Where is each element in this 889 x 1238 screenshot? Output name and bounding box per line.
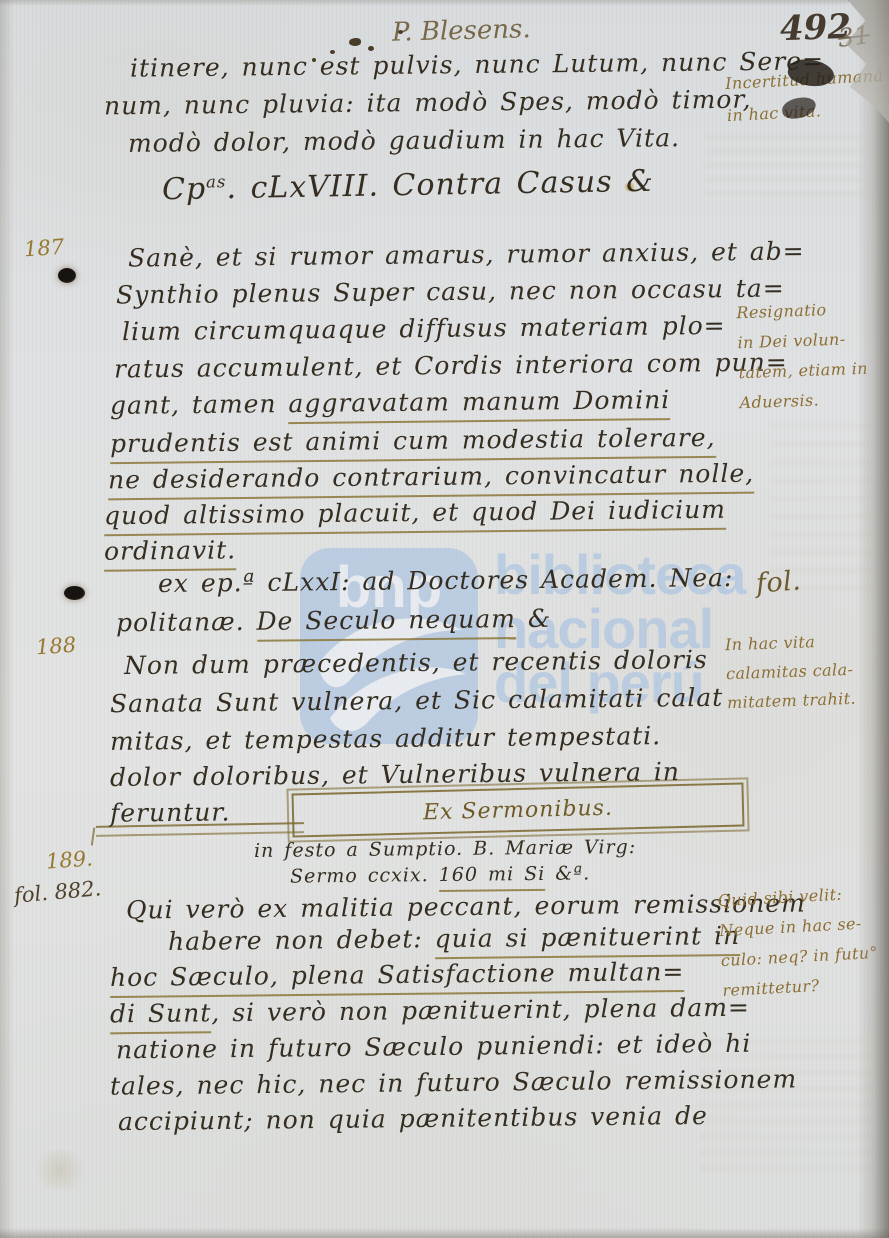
paragraph-number-188: 188 [35,633,77,660]
line-text-underlined: hoc Sæculo, plena Satisfactione multan= [110,957,685,998]
body-line: hoc Sæculo, plena Satisfactione multan= [110,957,685,992]
line-text: Sanè, et si rumor amarus, rumor anxius, … [128,236,805,272]
body-line: Sermo ccxix. 160 mi Si &ª. [290,862,590,887]
line-text: Synthio plenus Super casu, nec non occas… [116,273,785,309]
line-text: feruntur. [110,797,231,827]
line-text: Non dum præcedentis, et recentis doloris [124,645,708,680]
paper-top-edge [0,0,849,6]
line-text: gant, tamen [110,389,289,420]
line-text: mitas, et tempestas additur tempestati. [110,721,661,756]
ex-sermonibus-box: Ex Sermonibus. [292,782,745,837]
bleed-through-smudge [770,420,870,590]
margin-note-line: tatem, etiam in [738,354,868,388]
body-line: di Sunt, si verò non pænituerint, plena … [110,993,750,1029]
paper-stain [30,1150,90,1190]
paper-left-edge [0,0,14,1238]
line-text: Sermo ccxix. [290,864,439,888]
ex-sermonibus-box-hook [91,828,101,847]
line-text-underlined: 160 mi Si [439,863,546,892]
ink-speckle [349,38,361,46]
chapter-heading: Cpas. cLxVIII. Contra Casus & [162,164,654,208]
ink-speckle [312,58,316,62]
body-line: tales, nec hic, nec in futuro Sæculo rem… [110,1064,797,1100]
line-text: Qui verò ex malitia peccant, eorum remis… [126,888,806,924]
body-line: gant, tamen aggravatam manum Domini [110,385,670,420]
body-line: accipiunt; non quia pænitentibus venia d… [118,1101,708,1136]
manuscript-page: bnp biblioteca nacional del perú P. Bles… [0,0,889,1238]
ink-speckle [398,30,403,34]
body-line: dolor doloribus, et Vulneribus vulnera i… [110,757,680,792]
bleed-through-smudge [705,135,865,195]
body-line: politanæ. De Seculo nequam & [116,604,551,638]
line-text: accipiunt; non quia pænitentibus venia d… [118,1101,708,1136]
body-line: in festo a Sumptio. B. Mariæ Virg: [254,836,636,862]
line-text: ratus accumulent, et Cordis interiora co… [114,347,788,383]
line-text-underlined: ne desiderando contrarium, convincatur n… [108,459,754,501]
margin-note-line: Aduersis. [739,384,869,418]
margin-note-fol: fol. [755,566,802,599]
paragraph-number-187: 187 [23,235,65,262]
line-text: itinere, nunc est pulvis, nunc Lutum, nu… [130,46,824,82]
margin-note-line: mitatem trahit. [727,684,857,717]
body-line: ordinavit. [104,535,236,565]
heading-text: . cLxVIII. Contra Casus & [226,164,654,206]
body-line: ratus accumulent, et Cordis interiora co… [114,347,788,383]
binding-hole [58,268,76,283]
body-line: itinere, nunc est pulvis, nunc Lutum, nu… [130,46,824,82]
body-line: mitas, et tempestas additur tempestati. [110,721,661,756]
body-line: ne desiderando contrarium, convincatur n… [108,459,754,495]
body-line: prudentis est animi cum modestia tolerar… [110,423,716,458]
running-title: P. Blesens. [392,14,531,48]
ink-speckle [368,46,374,51]
margin-note-line: in Dei volun- [737,324,867,358]
margin-note-line: In hac vita [725,626,855,659]
heading-superscript: as [206,172,227,191]
line-text-underlined: di Sunt [110,998,212,1034]
line-text: ex ep.ª cLxxI: ad Doctores Academ. Nea: [158,563,734,598]
margin-note-resignatio: Resignatio in Dei volun- tatem, etiam in… [736,294,870,418]
line-text: & [516,604,552,633]
line-text: dolor doloribus, et Vulneribus vulnera i… [110,757,680,792]
body-line: Sanè, et si rumor amarus, rumor anxius, … [128,236,805,272]
body-line: num, nunc pluvia: ita modò Spes, modò ti… [104,85,752,121]
line-text: &ª. [545,862,590,884]
line-text: in festo a Sumptio. B. Mariæ Virg: [254,836,636,862]
binding-hole [64,586,85,600]
margin-note-line: Resignatio [736,294,866,328]
paper-right-edge [857,0,889,1238]
ink-speckle [330,50,335,54]
line-text-underlined: prudentis est animi cum modestia tolerar… [110,423,716,464]
line-text-underlined: De Seculo nequam [256,604,516,642]
line-text-underlined: aggravatam manum Domini [288,385,670,424]
line-text-underlined: quia si pænituerint in [435,921,741,959]
body-line: ex ep.ª cLxxI: ad Doctores Academ. Nea: [158,563,734,598]
line-text: , si verò non pænituerint, plena dam= [211,993,750,1028]
body-line: habere non debet: quia si pænituerint in [168,921,740,956]
body-line: Synthio plenus Super casu, nec non occas… [116,273,785,309]
line-text: modò dolor, modò gaudium in hac Vita. [128,123,680,158]
bleed-through-smudge [700,1040,870,1170]
paper-bottom-edge [0,1228,889,1238]
line-text: politanæ. [116,607,257,637]
margin-note-quid: Quid sibi velit: Neque in hac se- culo: … [717,878,880,1006]
body-line: modò dolor, modò gaudium in hac Vita. [128,123,680,158]
line-text: lium circumquaque diffusus materiam plo= [122,311,726,346]
ex-sermonibus-label: Ex Sermonibus. [423,795,613,825]
heading-text: Cp [162,172,207,208]
folio-reference: fol. 882. [13,876,102,908]
line-text: habere non debet: [168,924,435,956]
margin-note-calamitas: In hac vita calamitas cala- mitatem trah… [725,626,857,717]
body-line: natione in futuro Sæculo puniendi: et id… [116,1029,752,1065]
line-text: tales, nec hic, nec in futuro Sæculo rem… [110,1064,797,1100]
paragraph-number-189: 189. [45,846,93,873]
line-text: num, nunc pluvia: ita modò Spes, modò ti… [104,85,752,121]
body-line: quod altissimo placuit, et quod Dei iudi… [104,495,726,531]
body-line: lium circumquaque diffusus materiam plo= [122,311,726,346]
line-text-underlined: quod altissimo placuit, et quod Dei iudi… [104,495,726,537]
line-text: natione in futuro Sæculo puniendi: et id… [116,1029,752,1065]
line-text-underlined: ordinavit. [104,535,236,571]
body-line: feruntur. [110,797,231,827]
body-line: Non dum præcedentis, et recentis doloris [124,645,708,680]
margin-note-line: calamitas cala- [726,655,856,688]
body-line: Qui verò ex malitia peccant, eorum remis… [126,888,806,924]
